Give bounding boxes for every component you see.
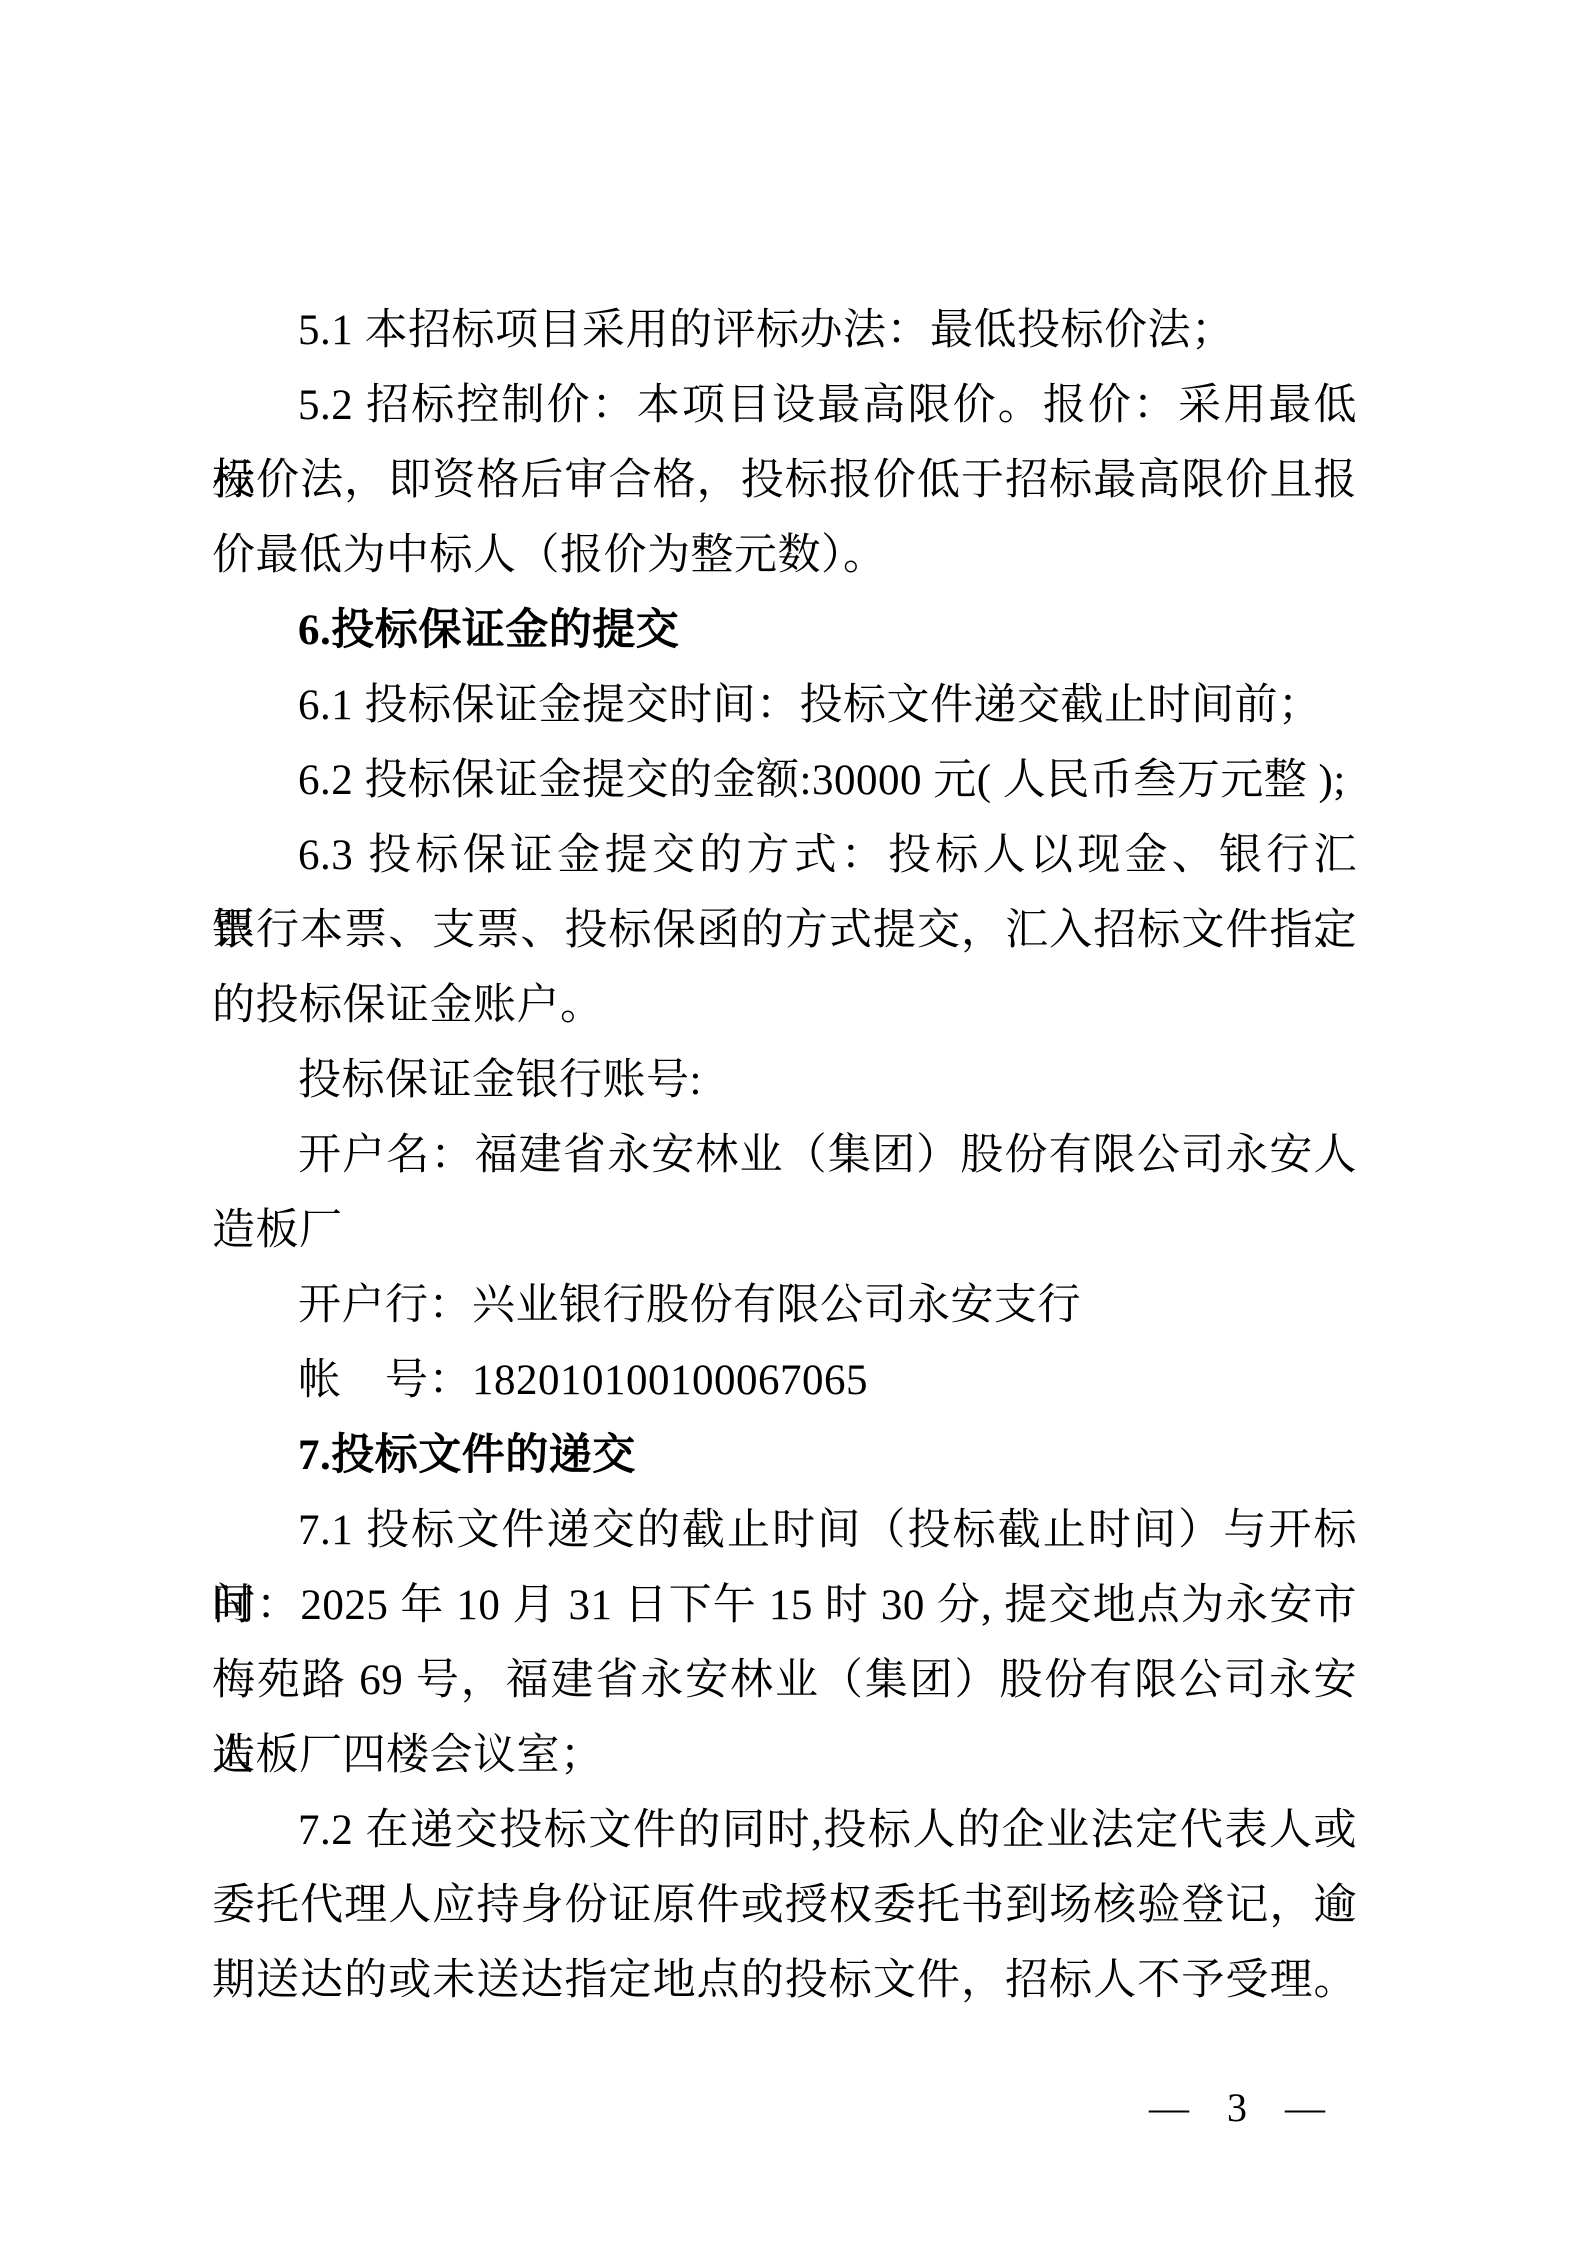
document-line: 开户行：兴业银行股份有限公司永安支行 [212, 1268, 1357, 1343]
document-line: 造板厂 [212, 1193, 1357, 1268]
document-line: 标价法，即资格后审合格，投标报价低于招标最高限价且报 [212, 443, 1357, 518]
document-line: 的投标保证金账户。 [212, 968, 1357, 1043]
document-line: 6.1 投标保证金提交时间：投标文件递交截止时间前； [212, 668, 1357, 743]
document-line: 梅苑路 69 号，福建省永安林业（集团）股份有限公司永安人 [212, 1643, 1357, 1718]
document-line: 造板厂四楼会议室； [212, 1718, 1357, 1793]
document-line: 帐 号：182010100100067065 [212, 1343, 1357, 1418]
document-line: 投标保证金银行账号: [212, 1043, 1357, 1118]
document-line: 期送达的或未送达指定地点的投标文件，招标人不予受理。 [212, 1943, 1357, 2018]
document-line: 6.3 投标保证金提交的方式：投标人以现金、银行汇票、 [212, 818, 1357, 893]
page-footer: —3— [1149, 2088, 1325, 2128]
document-line: 7.2 在递交投标文件的同时,投标人的企业法定代表人或 [212, 1793, 1357, 1868]
document-line: 6.投标保证金的提交 [212, 593, 1357, 668]
document-line: 7.1 投标文件递交的截止时间（投标截止时间）与开标时 [212, 1493, 1357, 1568]
document-line: 5.2 招标控制价：本项目设最高限价。报价：采用最低投 [212, 368, 1357, 443]
document-line: 银行本票、支票、投标保函的方式提交，汇入招标文件指定 [212, 893, 1357, 968]
document-body: 5.1 本招标项目采用的评标办法：最低投标价法；5.2 招标控制价：本项目设最高… [212, 293, 1357, 2018]
footer-dash-left: — [1149, 2085, 1189, 2130]
document-line: 价最低为中标人（报价为整元数）。 [212, 518, 1357, 593]
document-line: 5.1 本招标项目采用的评标办法：最低投标价法； [212, 293, 1357, 368]
document-line: 7.投标文件的递交 [212, 1418, 1357, 1493]
document-line: 6.2 投标保证金提交的金额:30000 元( 人民币叁万元整 ); [212, 743, 1357, 818]
document-line: 间：2025 年 10 月 31 日下午 15 时 30 分, 提交地点为永安市 [212, 1568, 1357, 1643]
footer-dash-right: — [1285, 2085, 1325, 2130]
document-line: 开户名：福建省永安林业（集团）股份有限公司永安人 [212, 1118, 1357, 1193]
page-number: 3 [1227, 2085, 1247, 2130]
document-line: 委托代理人应持身份证原件或授权委托书到场核验登记，逾 [212, 1868, 1357, 1943]
document-page: 5.1 本招标项目采用的评标办法：最低投标价法；5.2 招标控制价：本项目设最高… [0, 0, 1587, 2245]
